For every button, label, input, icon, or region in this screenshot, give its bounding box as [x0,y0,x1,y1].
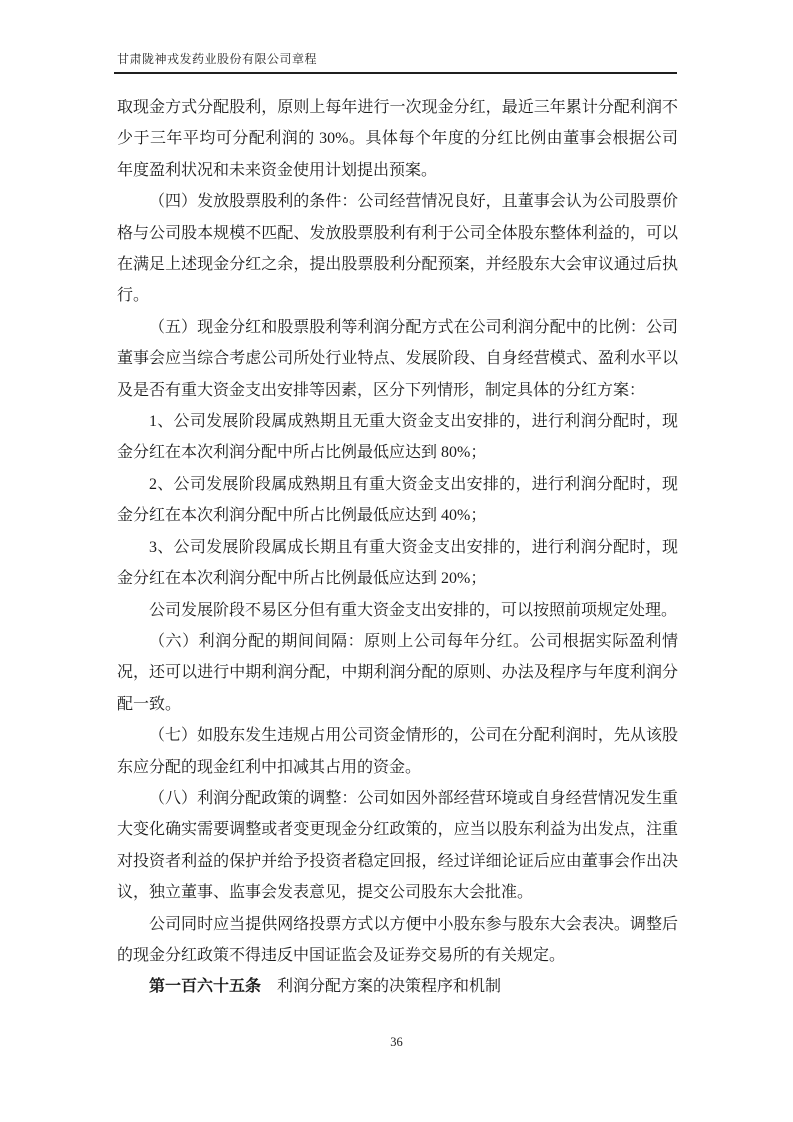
paragraph-item-1: 1、公司发展阶段属成熟期且无重大资金支出安排的，进行利润分配时，现金分红在本次利… [117,406,678,469]
article-title: 利润分配方案的决策程序和机制 [277,978,501,995]
paragraph-clause-4: （四）发放股票股利的条件：公司经营情况良好，且董事会认为公司股票价格与公司股本规… [117,186,678,312]
paragraph-item-3: 3、公司发展阶段属成长期且有重大资金支出安排的，进行利润分配时，现金分红在本次利… [117,532,678,595]
page-number: 36 [390,1035,403,1049]
page-footer: 36 [0,1035,793,1050]
paragraph-online-voting: 公司同时应当提供网络投票方式以方便中小股东参与股东大会表决。调整后的现金分红政策… [117,909,678,972]
header-title: 甘肃陇神戎发药业股份有限公司章程 [114,52,677,67]
paragraph-item-2: 2、公司发展阶段属成熟期且有重大资金支出安排的，进行利润分配时，现金分红在本次利… [117,469,678,532]
page-header: 甘肃陇神戎发药业股份有限公司章程 [114,52,677,74]
paragraph-continuation: 取现金方式分配股利，原则上每年进行一次现金分红，最近三年累计分配利润不少于三年平… [117,92,678,186]
document-page: 甘肃陇神戎发药业股份有限公司章程 取现金方式分配股利，原则上每年进行一次现金分红… [0,0,793,1122]
article-heading: 第一百六十五条利润分配方案的决策程序和机制 [117,971,678,1002]
paragraph-stage-note: 公司发展阶段不易区分但有重大资金支出安排的，可以按照前项规定处理。 [117,595,678,626]
paragraph-clause-6: （六）利润分配的期间间隔：原则上公司每年分红。公司根据实际盈利情况，还可以进行中… [117,626,678,720]
paragraph-clause-8: （八）利润分配政策的调整：公司如因外部经营环境或自身经营情况发生重大变化确实需要… [117,783,678,909]
paragraph-clause-5: （五）现金分红和股票股利等利润分配方式在公司利润分配中的比例：公司董事会应当综合… [117,312,678,406]
article-number: 第一百六十五条 [149,978,261,995]
document-body: 取现金方式分配股利，原则上每年进行一次现金分红，最近三年累计分配利润不少于三年平… [117,92,678,1003]
paragraph-clause-7: （七）如股东发生违规占用公司资金情形的，公司在分配利润时，先从该股东应分配的现金… [117,720,678,783]
